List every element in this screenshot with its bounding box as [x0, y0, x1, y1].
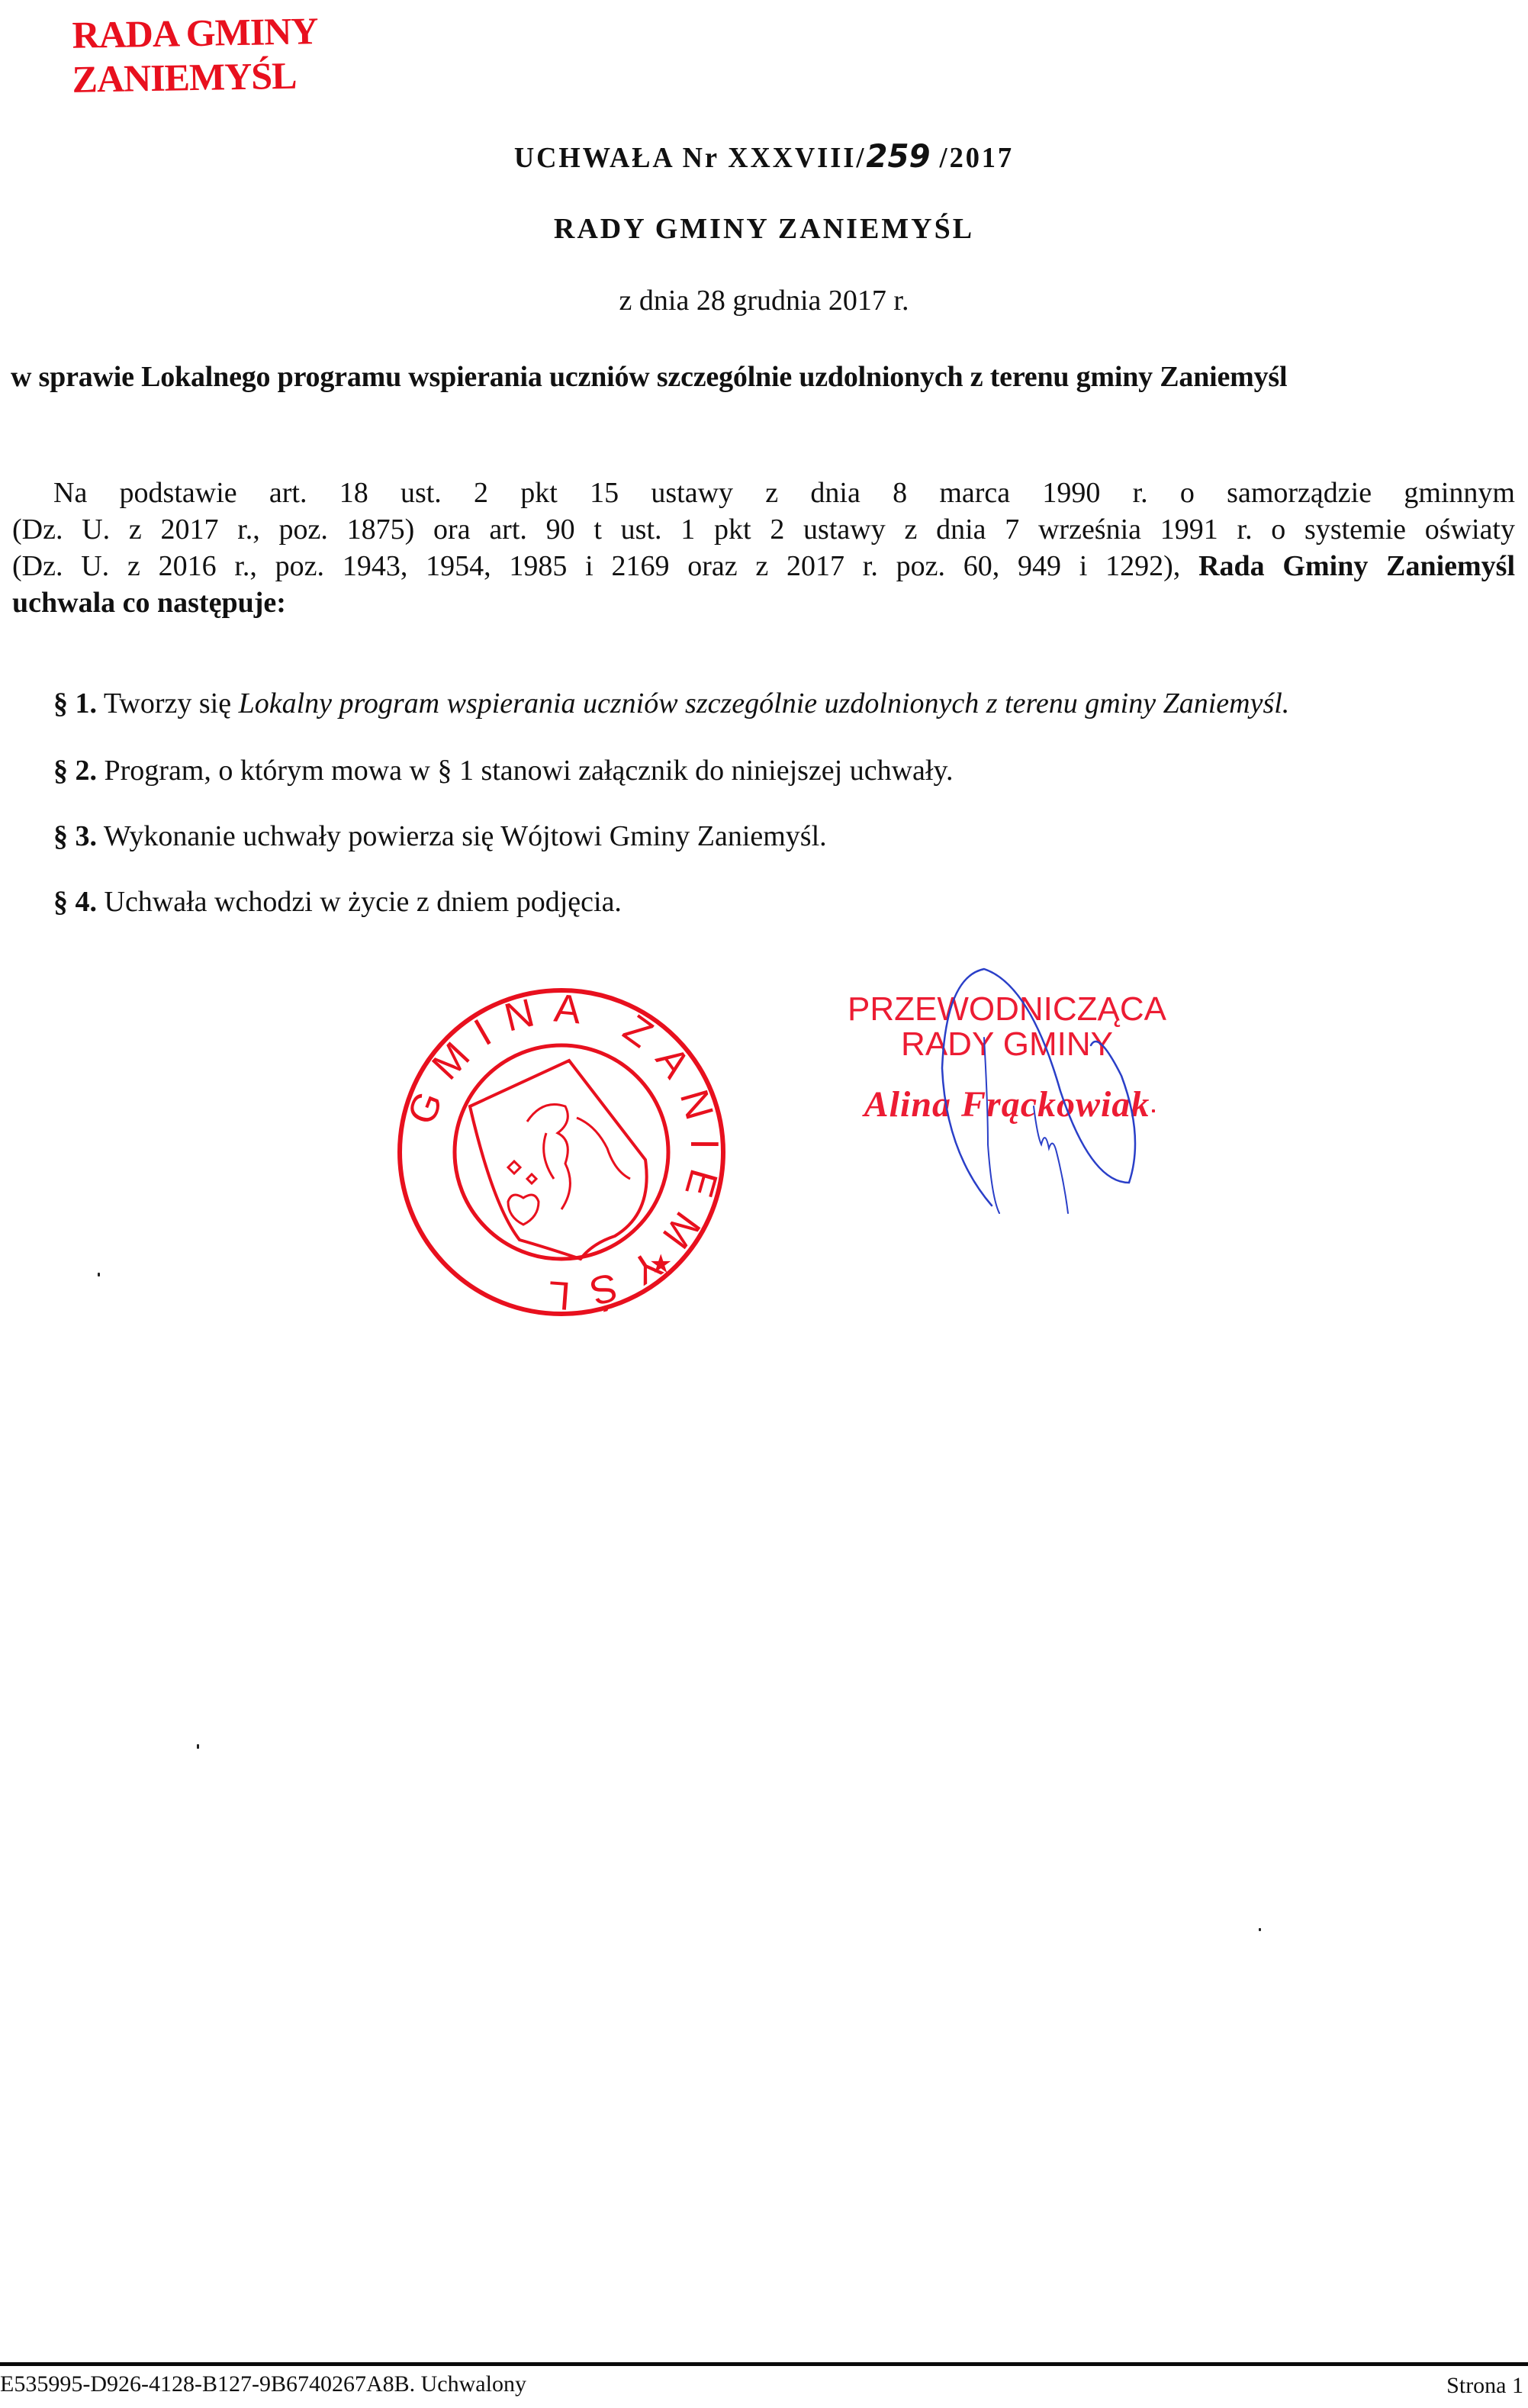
paragraph-number: § 4. [53, 886, 97, 918]
paragraph-3: § 3. Wykonanie uchwały powierza się Wójt… [53, 819, 827, 853]
coat-of-arms-icon [470, 1061, 647, 1259]
program-name-italic: Lokalny program wspierania uczniów szcze… [239, 687, 1290, 720]
council-name: RADY GMINY ZANIEMYŚL [0, 212, 1528, 246]
council-corner-stamp: RADA GMINY ZANIEMYŚL [27, 8, 364, 102]
footer-divider [0, 2362, 1528, 2366]
paragraph-text: Tworzy się [104, 687, 239, 720]
scan-speck [1152, 1109, 1155, 1112]
municipal-seal: GMINA ZANIEMYŚL ★ [394, 984, 729, 1320]
corner-stamp-line1: RADA GMINY [27, 8, 363, 58]
paragraph-4: § 4. Uchwała wchodzi w życie z dniem pod… [53, 885, 622, 919]
preamble-council-bold: Rada Gminy Zaniemyśl [1198, 550, 1515, 582]
resolution-prefix: UCHWAŁA Nr XXXVIII/ [514, 142, 866, 174]
preamble-line-1: Na podstawie art. 18 ust. 2 pkt 15 ustaw… [12, 475, 1515, 511]
preamble-line-3-text: (Dz. U. z 2016 r., poz. 1943, 1954, 1985… [12, 550, 1180, 582]
preamble-line-2: (Dz. U. z 2017 r., poz. 1875) ora art. 9… [12, 511, 1515, 548]
paragraph-text: Program, o którym mowa w § 1 stanowi zał… [105, 755, 954, 787]
preamble-enacting-clause: uchwala co następuje: [12, 584, 1515, 621]
paragraph-number: § 2. [53, 755, 97, 787]
paragraph-number: § 1. [53, 687, 97, 720]
footer-document-id: E535995-D926-4128-B127-9B6740267A8B. Uch… [0, 2371, 526, 2397]
resolution-suffix: /2017 [931, 142, 1015, 174]
paragraph-2: § 2. Program, o którym mowa w § 1 stanow… [53, 754, 953, 787]
scan-speck [1259, 1928, 1261, 1931]
handwritten-signature [900, 954, 1175, 1244]
paragraph-text: Uchwała wchodzi w życie z dniem podjęcia… [105, 886, 622, 918]
scan-speck [98, 1273, 100, 1276]
footer-page-number: Strona 1 [1446, 2373, 1523, 2399]
preamble: Na podstawie art. 18 ust. 2 pkt 15 ustaw… [12, 475, 1515, 621]
scan-speck [197, 1744, 199, 1749]
resolution-title: UCHWAŁA Nr XXXVIII/259 /2017 [31, 137, 1497, 175]
paragraph-number: § 3. [53, 820, 97, 852]
star-icon: ★ [649, 1249, 672, 1280]
resolution-date: z dnia 28 grudnia 2017 r. [0, 284, 1528, 317]
paragraph-1: § 1. Tworzy się Lokalny program wspieran… [53, 687, 1289, 720]
paragraph-text: Wykonanie uchwały powierza się Wójtowi G… [104, 820, 827, 852]
preamble-line-3: (Dz. U. z 2016 r., poz. 1943, 1954, 1985… [12, 548, 1515, 584]
resolution-number-handwritten: 259 [866, 137, 930, 175]
corner-stamp-line2: ZANIEMYŚL [5, 52, 364, 102]
resolution-subject: w sprawie Lokalnego programu wspierania … [11, 360, 1521, 394]
